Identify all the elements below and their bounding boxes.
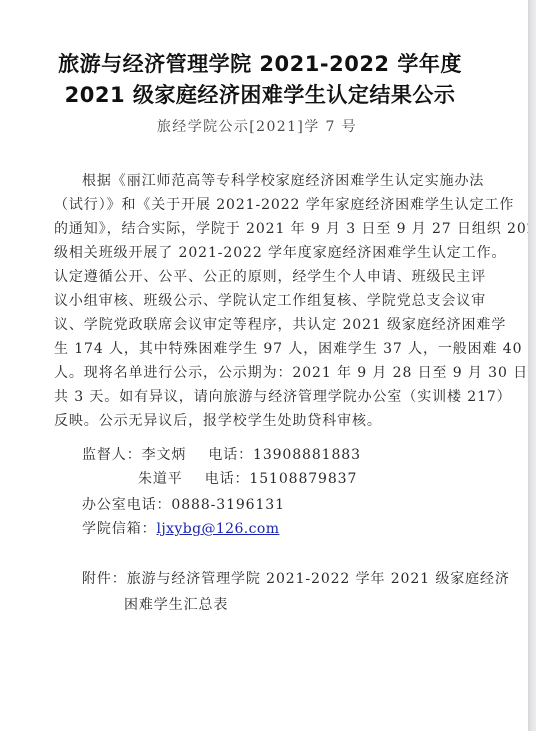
body-line: 议、学院党政联席会议审定等程序，共认定 2021 级家庭经济困难学 bbox=[54, 316, 464, 334]
body-line: 认定遵循公开、公平、公正的原则，经学生个人申请、班级民主评 bbox=[54, 268, 464, 286]
supervisor-label: 监督人： bbox=[82, 446, 142, 464]
supervisor-name: 朱道平 bbox=[138, 471, 183, 487]
attachment-title-line-1: 旅游与经济管理学院 2021-2022 学年 2021 级家庭经济 bbox=[127, 571, 510, 587]
supervisor-phone: 15108879837 bbox=[249, 471, 357, 487]
attachment-row-2: 困难学生汇总表 bbox=[124, 596, 228, 614]
supervisor-name: 李文炳 bbox=[142, 447, 187, 463]
phone-label: 电话： bbox=[208, 447, 253, 463]
scrollbar-track[interactable] bbox=[528, 0, 536, 731]
office-phone-value: 0888-3196131 bbox=[171, 497, 285, 513]
body-line: （试行）》和《关于开展 2021-2022 学年家庭经济困难学生认定工作 bbox=[54, 196, 464, 214]
body-line: 根据《丽江师范高等专科学校家庭经济困难学生认定实施办法 bbox=[82, 172, 464, 190]
document-title-line-1: 旅游与经济管理学院 2021-2022 学年度 bbox=[0, 48, 520, 78]
attachment-row-1: 附件：旅游与经济管理学院 2021-2022 学年 2021 级家庭经济 bbox=[82, 570, 510, 588]
office-phone-row: 办公室电话：0888-3196131 bbox=[82, 496, 285, 514]
body-line: 议小组审核、班级公示、学院认定工作组复核、学院党总支会议审 bbox=[54, 292, 464, 310]
email-label: 学院信箱： bbox=[82, 521, 157, 537]
body-line: 共 3 天。如有异议，请向旅游与经济管理学院办公室（实训楼 217） bbox=[54, 388, 464, 406]
body-line: 人。现将名单进行公示，公示期为：2021 年 9 月 28 日至 9 月 30 … bbox=[54, 364, 464, 382]
supervisor-row-2: 朱道平电话：15108879837 bbox=[138, 470, 357, 488]
body-line: 级相关班级开展了 2021-2022 学年度家庭经济困难学生认定工作。 bbox=[54, 244, 464, 262]
supervisor-row-1: 监督人：李文炳电话：13908881883 bbox=[82, 446, 361, 464]
document-title-line-2: 2021 级家庭经济困难学生认定结果公示 bbox=[0, 79, 520, 109]
email-link[interactable]: ljxybg@126.com bbox=[157, 521, 280, 537]
email-row: 学院信箱：ljxybg@126.com bbox=[82, 520, 279, 538]
body-line: 反映。公示无异议后，报学校学生处助贷科审核。 bbox=[54, 412, 464, 430]
phone-label: 电话： bbox=[205, 471, 250, 487]
office-phone-label: 办公室电话： bbox=[82, 497, 171, 513]
attachment-label: 附件： bbox=[82, 571, 127, 587]
body-line: 的通知》，结合实际，学院于 2021 年 9 月 3 日至 9 月 27 日组织… bbox=[54, 220, 464, 238]
body-line: 生 174 人，其中特殊困难学生 97 人，困难学生 37 人，一般困难 40 bbox=[54, 340, 464, 358]
document-number: 旅经学院公示[2021]学 7 号 bbox=[0, 116, 514, 136]
document-page: 旅游与经济管理学院 2021-2022 学年度 2021 级家庭经济困难学生认定… bbox=[0, 0, 528, 731]
supervisor-phone: 13908881883 bbox=[253, 447, 361, 463]
attachment-title-line-2: 困难学生汇总表 bbox=[124, 597, 228, 613]
